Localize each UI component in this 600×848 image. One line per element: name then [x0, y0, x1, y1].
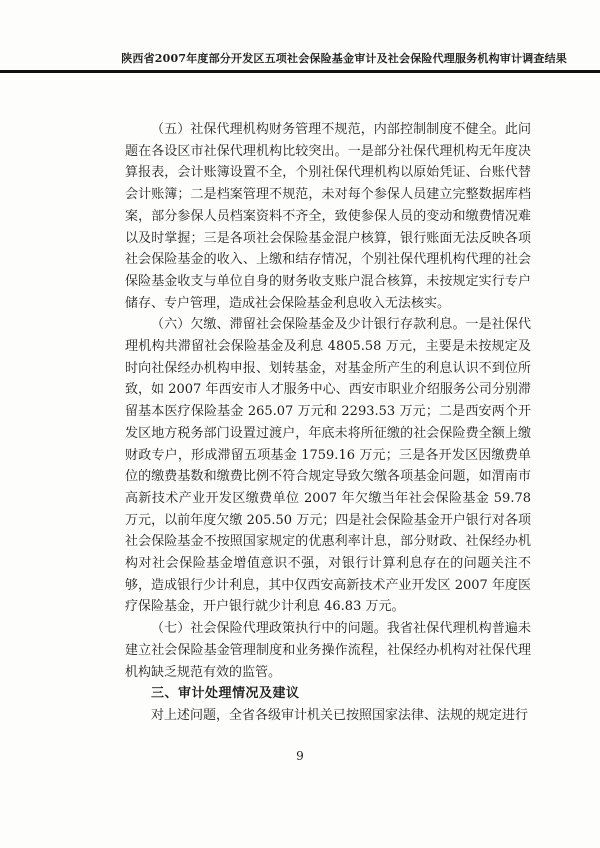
paragraph-item-6: （六）欠缴、滞留社会保险基金及少计银行存款利息。一是社保代理机构共滞留社会保险基… [125, 314, 531, 618]
running-header-title: 陕西省2007年度部分开发区五项社会保险基金审计及社会保险代理服务机构审计调查结… [0, 50, 567, 66]
document-body: （五）社保代理机构财务管理不规范，内部控制制度不健全。此问题在各设区市社保代理机… [125, 119, 531, 727]
paragraph-item-7: （七）社会保险代理政策执行中的问题。我省社保代理机构普遍未建立社会保险基金管理制… [125, 618, 531, 683]
closing-paragraph: 对上述问题，全省各级审计机关已按照国家法律、法规的规定进行 [125, 705, 531, 727]
page-number: 9 [0, 749, 600, 763]
document-page: 陕西省2007年度部分开发区五项社会保险基金审计及社会保险代理服务机构审计调查结… [0, 0, 600, 848]
header-rule [0, 70, 600, 73]
section-heading: 三、审计处理情况及建议 [125, 683, 531, 705]
paragraph-item-5: （五）社保代理机构财务管理不规范，内部控制制度不健全。此问题在各设区市社保代理机… [125, 119, 531, 314]
